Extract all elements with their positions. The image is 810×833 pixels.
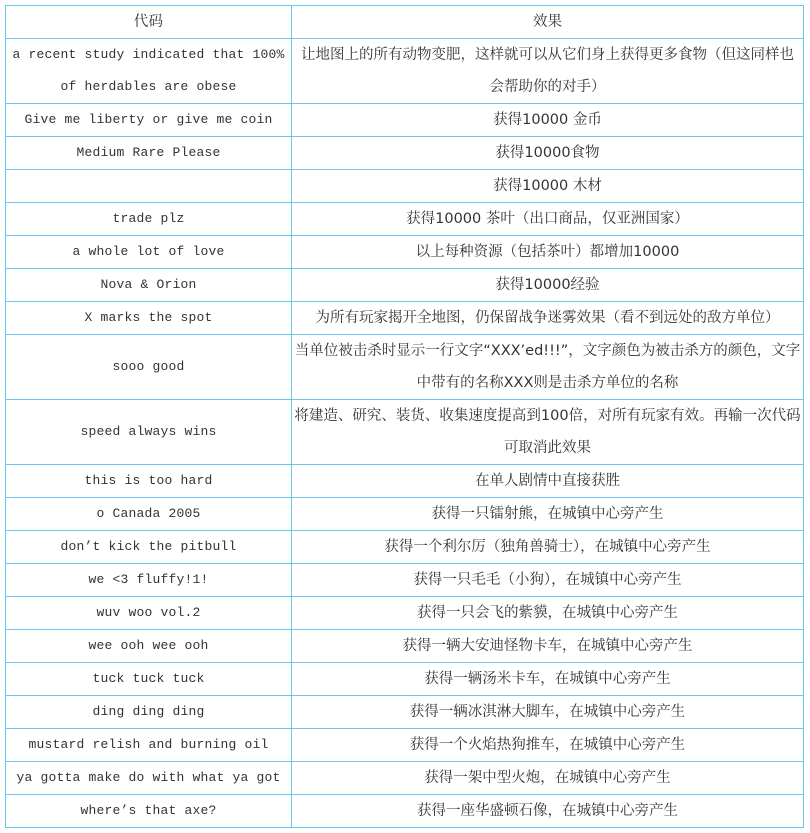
table-row: sooo good当单位被击杀时显示一行文字“XXX’ed!!!”，文字颜色为被… xyxy=(6,335,804,400)
cheat-code-cell: Nova & Orion xyxy=(6,269,292,302)
cheat-code-cell: this is too hard xyxy=(6,465,292,498)
table-row: speed always wins将建造、研究、装货、收集速度提高到100倍，对… xyxy=(6,400,804,465)
cheat-effect-cell: 获得一辆汤米卡车，在城镇中心旁产生 xyxy=(292,663,804,696)
cheat-code-cell: tuck tuck tuck xyxy=(6,663,292,696)
header-effect: 效果 xyxy=(292,6,804,39)
cheat-effect-cell: 让地图上的所有动物变肥，这样就可以从它们身上获得更多食物（但这同样也会帮助你的对… xyxy=(292,39,804,104)
table-row: ya gotta make do with what ya got获得一架中型火… xyxy=(6,762,804,795)
cheat-effect-cell: 为所有玩家揭开全地图，仍保留战争迷雾效果（看不到远处的敌方单位） xyxy=(292,302,804,335)
cheat-effect-cell: 获得一架中型火炮，在城镇中心旁产生 xyxy=(292,762,804,795)
cheat-effect-cell: 获得一只会飞的紫貘，在城镇中心旁产生 xyxy=(292,597,804,630)
cheat-effect-cell: 获得一辆冰淇淋大脚车，在城镇中心旁产生 xyxy=(292,696,804,729)
table-row: mustard relish and burning oil获得一个火焰热狗推车… xyxy=(6,729,804,762)
cheat-code-cell: a whole lot of love xyxy=(6,236,292,269)
table-row: X marks the spot为所有玩家揭开全地图，仍保留战争迷雾效果（看不到… xyxy=(6,302,804,335)
cheat-code-cell xyxy=(6,170,292,203)
cheat-code-cell: don’t kick the pitbull xyxy=(6,531,292,564)
table-row: tuck tuck tuck获得一辆汤米卡车，在城镇中心旁产生 xyxy=(6,663,804,696)
table-row: Medium Rare Please获得10000食物 xyxy=(6,137,804,170)
table-row: ding ding ding获得一辆冰淇淋大脚车，在城镇中心旁产生 xyxy=(6,696,804,729)
table-row: wuv woo vol.2获得一只会飞的紫貘，在城镇中心旁产生 xyxy=(6,597,804,630)
cheat-code-cell: where’s that axe? xyxy=(6,795,292,828)
cheat-effect-cell: 获得一座华盛顿石像，在城镇中心旁产生 xyxy=(292,795,804,828)
cheat-effect-cell: 获得10000 金币 xyxy=(292,104,804,137)
cheat-effect-cell: 获得一个利尔厉（独角兽骑士），在城镇中心旁产生 xyxy=(292,531,804,564)
cheat-code-cell: ya gotta make do with what ya got xyxy=(6,762,292,795)
table-row: Nova & Orion获得10000经验 xyxy=(6,269,804,302)
cheat-code-cell: we <3 fluffy!1! xyxy=(6,564,292,597)
table-row: where’s that axe?获得一座华盛顿石像，在城镇中心旁产生 xyxy=(6,795,804,828)
cheat-effect-cell: 获得一只毛毛（小狗），在城镇中心旁产生 xyxy=(292,564,804,597)
cheat-code-cell: Medium Rare Please xyxy=(6,137,292,170)
table-row: a recent study indicated that 100% of he… xyxy=(6,39,804,104)
cheat-effect-cell: 获得一个火焰热狗推车，在城镇中心旁产生 xyxy=(292,729,804,762)
table-row: this is too hard在单人剧情中直接获胜 xyxy=(6,465,804,498)
cheat-code-cell: o Canada 2005 xyxy=(6,498,292,531)
cheat-effect-cell: 在单人剧情中直接获胜 xyxy=(292,465,804,498)
header-code: 代码 xyxy=(6,6,292,39)
cheat-effect-cell: 获得一辆大安迪怪物卡车，在城镇中心旁产生 xyxy=(292,630,804,663)
cheat-code-cell: ding ding ding xyxy=(6,696,292,729)
cheat-codes-table: 代码 效果 a recent study indicated that 100%… xyxy=(5,5,804,828)
table-row: Give me liberty or give me coin获得10000 金… xyxy=(6,104,804,137)
table-header-row: 代码 效果 xyxy=(6,6,804,39)
cheat-code-cell: a recent study indicated that 100% of he… xyxy=(6,39,292,104)
cheat-effect-cell: 获得10000 茶叶（出口商品，仅亚洲国家） xyxy=(292,203,804,236)
cheat-code-cell: mustard relish and burning oil xyxy=(6,729,292,762)
cheat-effect-cell: 获得10000食物 xyxy=(292,137,804,170)
cheat-effect-cell: 将建造、研究、装货、收集速度提高到100倍，对所有玩家有效。再输一次代码可取消此… xyxy=(292,400,804,465)
cheat-code-cell: trade plz xyxy=(6,203,292,236)
table-row: don’t kick the pitbull获得一个利尔厉（独角兽骑士），在城镇… xyxy=(6,531,804,564)
table-row: wee ooh wee ooh获得一辆大安迪怪物卡车，在城镇中心旁产生 xyxy=(6,630,804,663)
cheat-code-cell: speed always wins xyxy=(6,400,292,465)
cheat-effect-cell: 获得一只镭射熊，在城镇中心旁产生 xyxy=(292,498,804,531)
table-row: a whole lot of love以上每种资源（包括茶叶）都增加10000 xyxy=(6,236,804,269)
cheat-effect-cell: 以上每种资源（包括茶叶）都增加10000 xyxy=(292,236,804,269)
cheat-effect-cell: 当单位被击杀时显示一行文字“XXX’ed!!!”，文字颜色为被击杀方的颜色，文字… xyxy=(292,335,804,400)
cheat-code-cell: wee ooh wee ooh xyxy=(6,630,292,663)
cheat-effect-cell: 获得10000经验 xyxy=(292,269,804,302)
cheat-code-cell: X marks the spot xyxy=(6,302,292,335)
table-row: trade plz获得10000 茶叶（出口商品，仅亚洲国家） xyxy=(6,203,804,236)
table-row: o Canada 2005获得一只镭射熊，在城镇中心旁产生 xyxy=(6,498,804,531)
cheat-effect-cell: 获得10000 木材 xyxy=(292,170,804,203)
table-row: we <3 fluffy!1!获得一只毛毛（小狗），在城镇中心旁产生 xyxy=(6,564,804,597)
cheat-code-cell: sooo good xyxy=(6,335,292,400)
table-row: 获得10000 木材 xyxy=(6,170,804,203)
cheat-code-cell: wuv woo vol.2 xyxy=(6,597,292,630)
cheat-code-cell: Give me liberty or give me coin xyxy=(6,104,292,137)
